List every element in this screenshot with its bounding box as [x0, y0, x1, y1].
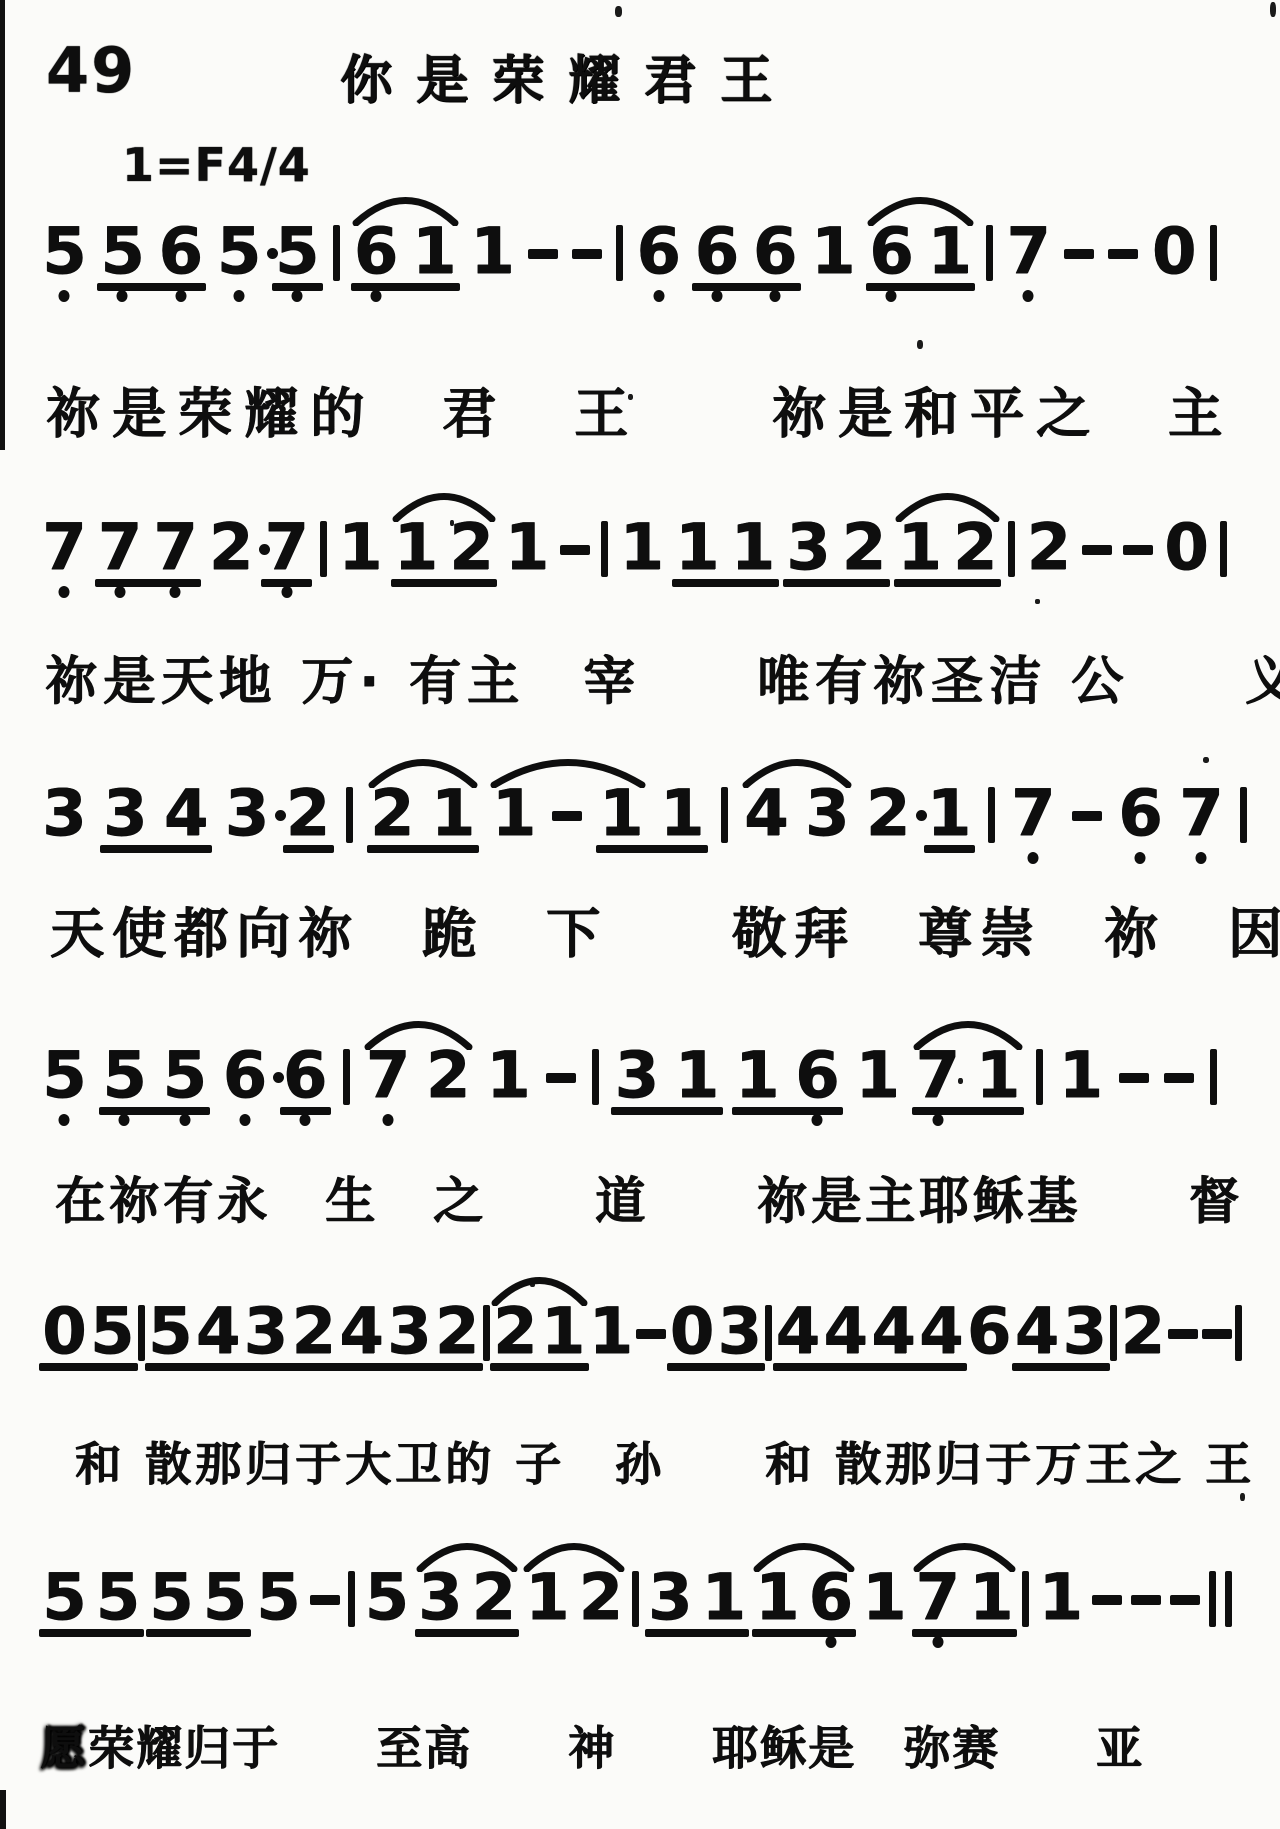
note: 1	[969, 1572, 1014, 1624]
barline	[1210, 1049, 1217, 1105]
duration-dash	[1064, 249, 1094, 259]
lyric-line-5: 和 散那归于大卫的 子 孙 和 散那归于万王之 王	[75, 1438, 1255, 1491]
slur-arc-path	[913, 1016, 1023, 1050]
duration-dash	[1072, 811, 1102, 821]
note: 6	[795, 1050, 840, 1102]
duration-dash	[552, 811, 582, 821]
note: 5	[100, 226, 145, 278]
note: 1	[619, 522, 664, 574]
rest-note: 0	[1164, 522, 1209, 574]
rest-note: 0	[42, 1306, 87, 1358]
note: 2	[471, 1572, 516, 1624]
barline	[765, 1305, 772, 1361]
barline	[1110, 1305, 1117, 1361]
music-line-3: 33432211114321767	[42, 788, 1247, 843]
note: 1	[701, 1572, 746, 1624]
note: 1	[338, 522, 383, 574]
music-line-2: 777271121111321220	[42, 522, 1227, 577]
key-signature: 1=F4/4	[122, 138, 311, 192]
beam-underline	[351, 283, 460, 291]
note: 6	[967, 1306, 1012, 1358]
note: 5	[148, 1306, 193, 1358]
note: 5	[162, 1050, 207, 1102]
hymn-title: 你是荣耀君王	[340, 38, 796, 113]
duration-dash	[1202, 1329, 1232, 1339]
duration-dash	[1170, 1595, 1200, 1605]
slur-arc-path	[352, 192, 459, 226]
slur-arc-path	[368, 754, 478, 788]
note: 1	[541, 1306, 586, 1358]
note: 1	[755, 1572, 800, 1624]
beam-underline	[596, 845, 708, 853]
beam-underline	[752, 1629, 856, 1637]
note: 5	[102, 1050, 147, 1102]
note: 1	[599, 788, 644, 840]
note: 5	[256, 1572, 301, 1624]
note: 1	[505, 522, 550, 574]
note: 5	[149, 1572, 194, 1624]
note: 2	[286, 788, 331, 840]
note: 3	[103, 788, 148, 840]
barline	[1240, 787, 1247, 843]
note: 2	[435, 1306, 480, 1358]
note: 4	[339, 1306, 384, 1358]
beam-underline	[272, 283, 323, 291]
note: 7	[1006, 226, 1051, 278]
note: 2	[209, 522, 254, 574]
slur-arc-path	[364, 1016, 473, 1050]
barline	[138, 1305, 145, 1361]
lyric-line-4: 在祢有永 生 之 道 祢是主耶稣基 督	[55, 1173, 1243, 1231]
note: 5	[90, 1306, 135, 1358]
beam-underline	[39, 1363, 138, 1371]
beam-underline	[39, 1629, 144, 1637]
note: 1	[492, 788, 537, 840]
music-line-4: 5556672131161711	[42, 1050, 1217, 1105]
hymn-sheet-page: 49 你是荣耀君王 1=F4/4 5565561166616170 祢是荣耀的 …	[0, 0, 1280, 1829]
barline	[1036, 1049, 1043, 1105]
note: 7	[264, 522, 309, 574]
note: 2	[426, 1050, 471, 1102]
beam-underline	[773, 1363, 871, 1371]
duration-dash	[636, 1329, 666, 1339]
slur-arc-path	[753, 1538, 855, 1572]
barline	[333, 225, 340, 281]
note: 6	[753, 226, 798, 278]
duration-dash	[528, 249, 558, 259]
beam-underline	[783, 579, 890, 587]
beam-underline	[97, 283, 206, 291]
rest-note: 0	[1152, 226, 1197, 278]
beam-underline	[280, 1107, 331, 1115]
barline	[986, 225, 993, 281]
duration-dash	[560, 545, 590, 555]
beam-underline	[95, 579, 201, 587]
scan-edge-line	[0, 0, 5, 450]
barline	[320, 521, 327, 577]
barline	[1210, 225, 1217, 281]
barline	[348, 1571, 355, 1627]
duration-dash	[1082, 545, 1112, 555]
slur-arc-path	[491, 1272, 588, 1306]
note: 1	[811, 226, 856, 278]
note: 3	[1062, 1306, 1107, 1358]
slur-arc-path	[392, 488, 496, 522]
note: 3	[805, 788, 850, 840]
beam-underline	[611, 1107, 723, 1115]
note: 7	[98, 522, 143, 574]
note: 2	[953, 522, 998, 574]
beam-underline	[261, 579, 312, 587]
slur-arc	[490, 754, 646, 788]
note: 2	[291, 1306, 336, 1358]
slur-arc	[913, 1016, 1023, 1050]
note: 2	[578, 1572, 623, 1624]
duration-dash	[1168, 1329, 1198, 1339]
scan-edge-mark	[0, 1790, 6, 1829]
note: 6	[223, 1050, 268, 1102]
barline	[632, 1571, 639, 1627]
duration-dash	[1092, 1595, 1122, 1605]
duration-dash	[1131, 1595, 1161, 1605]
note: 6	[808, 1572, 853, 1624]
barline	[346, 787, 353, 843]
note: 5	[203, 1572, 248, 1624]
barline	[721, 787, 728, 843]
barline	[483, 1305, 490, 1361]
note: 5	[96, 1572, 141, 1624]
beam-underline	[645, 1629, 749, 1637]
note: 2	[493, 1306, 538, 1358]
note: 3	[648, 1572, 693, 1624]
scan-noise-speck	[1240, 1493, 1245, 1501]
scan-noise-speck	[917, 340, 923, 349]
beam-underline	[146, 1629, 251, 1637]
beam-underline	[99, 1107, 210, 1115]
duration-dash	[1119, 1073, 1149, 1083]
lyric-line-1: 祢是荣耀的 君 王 祢是和平之 主	[46, 383, 1234, 445]
beam-underline	[924, 845, 975, 853]
duration-dash	[572, 249, 602, 259]
slur-arc-path	[867, 192, 974, 226]
note: 2	[842, 522, 887, 574]
slur-arc-path	[895, 488, 1000, 522]
note: 3	[418, 1572, 463, 1624]
note: 4	[164, 788, 209, 840]
note: 2	[1026, 522, 1071, 574]
barline	[1235, 1305, 1242, 1361]
duration-dash	[1108, 249, 1138, 259]
note: 1	[976, 1050, 1021, 1102]
beam-underline	[145, 1363, 244, 1371]
slur-arc-path	[742, 754, 852, 788]
slur-arc	[352, 192, 459, 226]
barline	[601, 521, 608, 577]
duration-dash	[546, 1073, 576, 1083]
note: 6	[636, 226, 681, 278]
note: 1	[927, 788, 972, 840]
beam-underline	[432, 1363, 483, 1371]
note: 4	[744, 788, 789, 840]
lyric-line-6: 愿荣耀归于 至高 神 耶稣是 弥赛 亚	[40, 1722, 1144, 1775]
note: 6	[1118, 788, 1163, 840]
note: 1	[486, 1050, 531, 1102]
beam-underline	[912, 1107, 1024, 1115]
barline	[1022, 1571, 1029, 1627]
note: 3	[614, 1050, 659, 1102]
note: 1	[897, 522, 942, 574]
beam-underline	[667, 1363, 765, 1371]
note: 6	[354, 226, 399, 278]
beam-underline	[241, 1363, 339, 1371]
slur-arc	[753, 1538, 855, 1572]
note: 3	[42, 788, 87, 840]
beam-underline	[391, 579, 497, 587]
note: 4	[823, 1306, 868, 1358]
note: 1	[525, 1572, 570, 1624]
note: 1	[735, 1050, 780, 1102]
note: 1	[731, 522, 776, 574]
note: 6	[869, 226, 914, 278]
barline	[343, 1049, 350, 1105]
music-line-6: 555555321231161711	[42, 1572, 1232, 1627]
note: 1	[927, 226, 972, 278]
note: 1	[675, 1050, 720, 1102]
beam-underline	[490, 1363, 589, 1371]
slur-arc	[392, 488, 496, 522]
note: 1	[675, 522, 720, 574]
note: 2	[866, 788, 911, 840]
beam-underline	[1012, 1363, 1110, 1371]
note: 1	[855, 1050, 900, 1102]
slur-arc	[491, 1272, 588, 1306]
note: 1	[589, 1306, 634, 1358]
hymn-number: 49	[46, 34, 136, 107]
beam-underline	[672, 579, 779, 587]
beam-underline	[692, 283, 801, 291]
slur-arc	[364, 1016, 473, 1050]
note: 3	[786, 522, 831, 574]
slur-arc	[895, 488, 1000, 522]
note: 3	[387, 1306, 432, 1358]
duration-dash	[1123, 545, 1153, 555]
barline	[592, 1049, 599, 1105]
beam-underline	[283, 845, 334, 853]
beam-underline	[912, 1629, 1017, 1637]
slur-arc-path	[416, 1538, 518, 1572]
note: 5	[42, 1572, 87, 1624]
note: 5	[275, 226, 320, 278]
note: 4	[871, 1306, 916, 1358]
beam-underline	[100, 845, 212, 853]
rest-note: 0	[670, 1306, 715, 1358]
note: 4	[1015, 1306, 1060, 1358]
beam-underline	[415, 1629, 519, 1637]
note: 7	[915, 1050, 960, 1102]
slur-arc	[913, 1538, 1016, 1572]
note: 3	[244, 1306, 289, 1358]
note: 4	[919, 1306, 964, 1358]
note: 1	[431, 788, 476, 840]
note: 4	[196, 1306, 241, 1358]
slur-arc	[742, 754, 852, 788]
barline	[1220, 521, 1227, 577]
note: 1	[394, 522, 439, 574]
barline	[616, 225, 623, 281]
note: 2	[370, 788, 415, 840]
scan-noise-speck	[615, 6, 622, 17]
lyric-line-2: 祢是天地 万· 有主 宰 唯有祢圣洁 公 义	[45, 653, 1280, 713]
note: 5	[217, 226, 262, 278]
slur-arc-path	[490, 754, 646, 788]
note: 5	[364, 1572, 409, 1624]
slur-arc	[416, 1538, 518, 1572]
note: 6	[158, 226, 203, 278]
barline	[1008, 521, 1015, 577]
scan-noise-speck	[1035, 599, 1040, 604]
note: 2	[1120, 1306, 1165, 1358]
note: 2	[449, 522, 494, 574]
note: 1	[862, 1572, 907, 1624]
note: 4	[776, 1306, 821, 1358]
note: 1	[412, 226, 457, 278]
note: 1	[660, 788, 705, 840]
beam-underline	[868, 1363, 967, 1371]
duration-dash	[310, 1595, 340, 1605]
beam-underline	[866, 283, 975, 291]
slur-arc-path	[913, 1538, 1016, 1572]
note: 5	[42, 226, 87, 278]
note: 6	[695, 226, 740, 278]
note: 7	[366, 1050, 411, 1102]
scan-noise-speck	[1203, 757, 1209, 763]
note: 7	[42, 522, 87, 574]
note: 3	[717, 1306, 762, 1358]
barline	[988, 787, 995, 843]
note: 5	[42, 1050, 87, 1102]
music-line-1: 5565561166616170	[42, 226, 1217, 281]
final-barline	[1209, 1571, 1232, 1627]
duration-dash	[1164, 1073, 1194, 1083]
beam-underline	[732, 1107, 843, 1115]
slur-arc	[368, 754, 478, 788]
note: 1	[1058, 1050, 1103, 1102]
note: 1	[1038, 1572, 1083, 1624]
beam-underline	[336, 1363, 435, 1371]
scan-noise-speck	[1270, 2, 1276, 17]
beam-underline	[894, 579, 1001, 587]
beam-underline	[367, 845, 479, 853]
note: 7	[153, 522, 198, 574]
note: 7	[915, 1572, 960, 1624]
note: 7	[1179, 788, 1224, 840]
music-line-5: 0554324322110344446432	[42, 1306, 1242, 1361]
note: 3	[225, 788, 270, 840]
slur-arc	[523, 1538, 625, 1572]
slur-arc	[867, 192, 974, 226]
slur-arc-path	[523, 1538, 625, 1572]
note: 1	[470, 226, 515, 278]
note: 7	[1011, 788, 1056, 840]
note: 6	[283, 1050, 328, 1102]
lyric-line-3: 天使都向祢 跪 下 敬拜 尊崇 祢 因为	[50, 903, 1280, 965]
